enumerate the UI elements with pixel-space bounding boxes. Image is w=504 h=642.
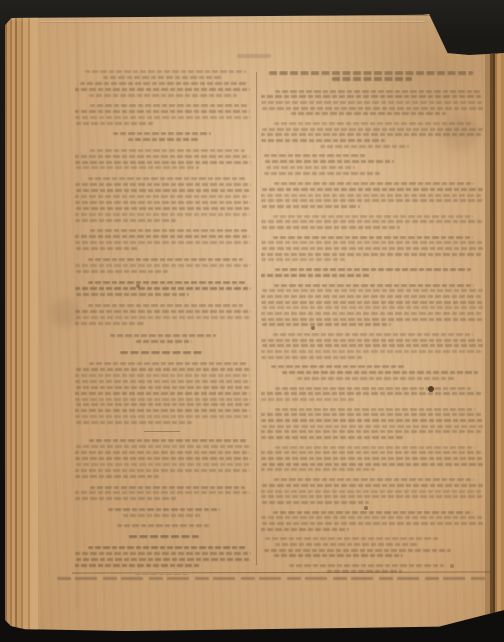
text-line — [76, 463, 251, 466]
text-line — [261, 392, 482, 395]
text-line — [76, 189, 251, 192]
text-line — [75, 564, 201, 567]
text-line — [262, 188, 483, 191]
text-line — [261, 419, 483, 422]
text-line — [90, 486, 245, 489]
text-line — [76, 247, 139, 250]
text-block — [75, 334, 251, 346]
text-line — [75, 457, 251, 460]
text-block — [75, 439, 251, 480]
text-block — [75, 546, 251, 570]
text-line — [262, 501, 369, 504]
text-line — [262, 323, 391, 326]
text-line — [320, 145, 409, 148]
text-line — [75, 110, 250, 113]
ink-stain — [51, 299, 79, 327]
text-line — [76, 293, 189, 296]
text-line — [275, 446, 475, 449]
text-block — [261, 284, 483, 330]
text-block — [261, 408, 483, 442]
text-line — [262, 306, 483, 309]
text-line — [75, 183, 251, 186]
text-line — [75, 161, 251, 164]
text-block — [75, 535, 251, 541]
text-line — [88, 546, 246, 549]
text-line — [273, 511, 473, 514]
text-line — [261, 258, 345, 261]
text-line — [275, 408, 475, 411]
text-line — [76, 403, 251, 406]
text-line — [265, 160, 394, 163]
text-line — [75, 219, 177, 222]
text-line — [76, 386, 251, 389]
ink-stain — [311, 326, 315, 330]
text-line — [76, 368, 251, 371]
text-line — [261, 516, 483, 519]
text-block — [261, 90, 483, 118]
text-block — [261, 478, 483, 506]
text-line — [261, 274, 371, 277]
text-line — [275, 543, 417, 546]
text-line — [90, 104, 248, 107]
text-line — [269, 71, 473, 75]
text-line — [261, 468, 375, 471]
text-line — [80, 82, 249, 85]
text-line — [75, 497, 177, 500]
page-number-smudge — [237, 54, 271, 58]
text-line — [262, 289, 483, 292]
text-line — [75, 374, 250, 377]
text-block — [261, 537, 483, 560]
text-line — [88, 281, 246, 284]
text-line — [261, 295, 482, 298]
text-line — [262, 247, 483, 250]
text-block — [261, 268, 483, 279]
text-line — [274, 284, 474, 287]
text-line — [261, 199, 483, 202]
text-line — [261, 413, 482, 416]
text-line — [262, 205, 360, 208]
ink-stain — [136, 284, 140, 288]
text-line — [261, 495, 483, 498]
text-block — [261, 182, 483, 210]
text-line — [261, 350, 482, 353]
text-line — [75, 451, 250, 454]
column-divider-rule — [256, 72, 257, 565]
text-block — [261, 215, 483, 232]
text-line — [261, 528, 349, 531]
text-column-left — [75, 70, 251, 575]
text-line — [75, 241, 251, 244]
text-block — [75, 362, 251, 427]
text-line — [261, 95, 482, 98]
text-block — [75, 351, 251, 357]
text-line — [117, 524, 209, 527]
book-page — [5, 13, 504, 631]
text-block — [261, 446, 483, 474]
text-line — [262, 226, 400, 229]
scanner-background: { "document": { "kind": "scanned-book-pa… — [0, 0, 504, 642]
text-line — [261, 220, 483, 223]
text-line — [261, 301, 483, 304]
text-line — [88, 177, 246, 180]
ink-stain — [428, 386, 434, 392]
text-block — [75, 486, 251, 504]
text-area — [75, 70, 487, 575]
text-line — [291, 112, 446, 115]
text-line — [75, 155, 250, 158]
text-line — [75, 475, 159, 478]
text-line — [289, 564, 444, 567]
text-line — [262, 522, 483, 525]
text-line — [264, 172, 379, 175]
text-line — [75, 380, 251, 383]
text-line — [113, 132, 212, 135]
text-line — [75, 195, 250, 198]
text-block — [261, 71, 483, 84]
text-block — [75, 177, 251, 224]
text-line — [261, 194, 482, 197]
text-line — [261, 451, 482, 454]
text-line — [75, 409, 250, 412]
text-line — [128, 138, 198, 141]
text-block — [261, 333, 483, 361]
text-line — [261, 318, 483, 321]
text-block — [75, 132, 251, 144]
text-line — [108, 508, 221, 511]
text-line — [75, 235, 250, 238]
text-line — [332, 77, 412, 81]
text-line — [75, 552, 251, 555]
text-line — [75, 116, 251, 119]
text-block — [75, 508, 251, 520]
text-line — [261, 490, 482, 493]
text-line — [264, 549, 450, 552]
text-line — [123, 514, 200, 517]
text-line — [261, 312, 482, 315]
text-line — [76, 421, 192, 424]
text-block — [75, 524, 251, 530]
text-block — [75, 304, 251, 328]
text-line — [135, 574, 188, 575]
text-line — [75, 213, 250, 216]
text-line — [261, 356, 363, 359]
text-line — [261, 253, 482, 256]
text-line — [262, 107, 483, 110]
text-line — [261, 430, 482, 433]
text-line — [75, 310, 251, 313]
text-line — [75, 415, 251, 418]
text-line — [274, 182, 474, 185]
text-line — [90, 149, 245, 152]
text-line — [76, 445, 251, 448]
text-line — [85, 70, 247, 73]
text-block — [75, 574, 251, 575]
separator-dash — [144, 431, 179, 432]
text-line — [275, 90, 479, 93]
text-line — [275, 387, 470, 390]
text-line — [75, 287, 251, 290]
text-block — [75, 258, 251, 276]
ink-stain — [364, 506, 368, 510]
text-line — [90, 229, 248, 232]
text-line — [75, 88, 250, 91]
text-block — [261, 236, 483, 264]
text-line — [76, 207, 251, 210]
text-line — [261, 457, 483, 460]
underlying-page-edge — [39, 21, 425, 23]
text-line — [266, 166, 355, 169]
text-line — [275, 268, 470, 271]
text-line — [261, 398, 354, 401]
text-block — [261, 365, 483, 382]
text-line — [103, 76, 223, 79]
text-line — [273, 236, 473, 239]
text-line — [271, 365, 404, 368]
text-line — [76, 270, 168, 273]
text-block — [261, 387, 483, 404]
text-line — [75, 398, 251, 401]
text-line — [261, 101, 483, 104]
text-line — [129, 535, 199, 539]
text-line — [262, 484, 483, 487]
text-line — [262, 425, 483, 428]
ink-stain — [442, 115, 478, 151]
text-line — [75, 469, 250, 472]
text-line — [264, 154, 366, 157]
text-line — [89, 94, 237, 97]
text-line — [110, 334, 216, 337]
text-line — [273, 215, 473, 218]
text-line — [297, 377, 457, 380]
text-line — [88, 258, 243, 261]
text-block — [75, 104, 251, 128]
text-line — [89, 362, 247, 365]
text-line — [75, 264, 251, 267]
text-line — [75, 491, 250, 494]
text-line — [262, 344, 483, 347]
text-line — [261, 139, 385, 142]
text-block — [75, 281, 251, 299]
text-line — [75, 201, 251, 204]
text-line — [261, 241, 483, 244]
text-line — [75, 392, 250, 395]
text-line — [262, 463, 483, 466]
text-line — [274, 478, 474, 481]
text-line — [261, 436, 403, 439]
text-line — [265, 537, 438, 540]
text-line — [273, 333, 473, 336]
text-line — [261, 339, 483, 342]
text-block — [75, 149, 251, 173]
text-block — [75, 70, 251, 99]
text-block — [261, 154, 483, 177]
text-block — [75, 431, 251, 435]
colophon-line — [57, 577, 487, 580]
text-block — [75, 229, 251, 253]
text-line — [88, 304, 243, 307]
text-line — [76, 122, 153, 125]
text-block — [261, 511, 483, 534]
text-line — [75, 322, 144, 325]
text-line — [76, 558, 251, 561]
text-line — [89, 439, 247, 442]
text-line — [76, 316, 251, 319]
ink-stain — [450, 564, 454, 568]
text-line — [76, 166, 199, 169]
text-line — [120, 351, 204, 355]
text-line — [274, 554, 403, 557]
text-line — [136, 340, 192, 343]
text-line — [282, 371, 477, 374]
